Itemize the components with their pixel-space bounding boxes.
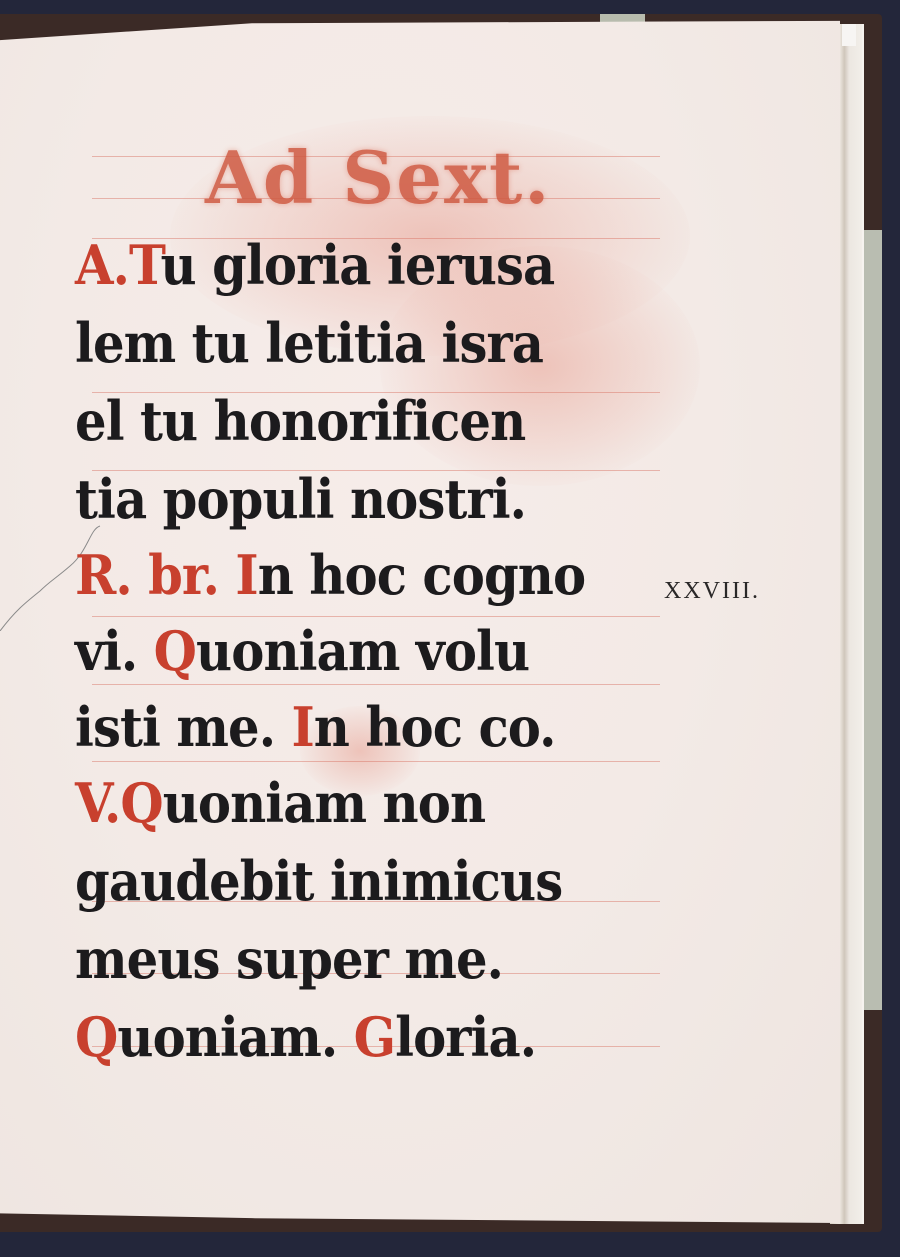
line-text: tia populi nostri. — [75, 467, 526, 531]
line-text: uoniam. — [117, 1005, 353, 1069]
line-text: meus super me. — [75, 927, 503, 991]
rubric-initial: T — [129, 233, 160, 297]
text-line-5: R. br. In hoc cogno — [75, 548, 585, 602]
rubric-initial: Q — [120, 771, 162, 835]
ruling-line — [92, 684, 660, 685]
text-line-9: gaudebit inimicus — [75, 854, 562, 908]
text-line-8: V.Quoniam non — [75, 776, 485, 830]
text-line-4: tia populi nostri. — [75, 472, 526, 526]
rubric-initial: I — [235, 543, 257, 607]
text-line-10: meus super me. — [75, 932, 503, 986]
line-text: loria. — [395, 1005, 536, 1069]
rubric-prefix: R. br. — [75, 543, 219, 607]
rubric-initial: I — [291, 695, 313, 759]
line-text: el tu honorificen — [75, 389, 525, 453]
line-text: vi. — [75, 619, 154, 683]
rubric-initial: Q — [75, 1005, 117, 1069]
text-line-1: A.Tu gloria ierusa — [75, 238, 554, 292]
text-line-2: lem tu letitia isra — [75, 316, 543, 370]
rubric-initial: G — [354, 1005, 396, 1069]
rubric-prefix: A. — [75, 233, 129, 297]
line-text: lem tu letitia isra — [75, 311, 543, 375]
line-text: uoniam non — [163, 771, 485, 835]
ruling-line — [92, 616, 660, 617]
text-line-3: el tu honorificen — [75, 394, 525, 448]
line-text: n hoc co. — [314, 695, 556, 759]
line-text: u gloria ierusa — [161, 233, 555, 297]
line-text: gaudebit inimicus — [75, 849, 562, 913]
text-line-11: Quoniam. Gloria. — [75, 1010, 536, 1064]
text-line-7: isti me. In hoc co. — [75, 700, 556, 754]
page-tab — [842, 24, 856, 46]
rubric-initial: Q — [154, 619, 196, 683]
folio-number: XXVIII. — [664, 578, 760, 605]
ruling-line — [92, 761, 660, 762]
rubric-heading: Ad Sext. — [205, 135, 551, 220]
rubric-prefix: V. — [75, 771, 120, 835]
line-text: isti me. — [75, 695, 291, 759]
line-text: n hoc cogno — [258, 543, 585, 607]
text-line-6: vi. Quoniam volu — [75, 624, 529, 678]
line-text: uoniam volu — [196, 619, 529, 683]
